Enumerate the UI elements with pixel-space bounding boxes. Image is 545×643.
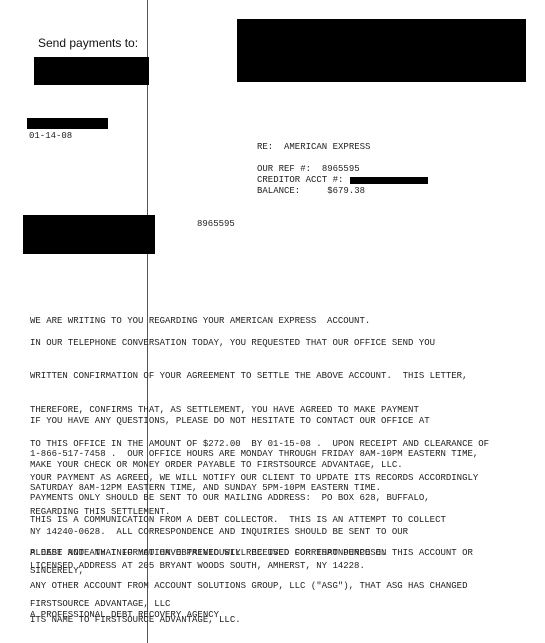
closing: SINCERELY, xyxy=(30,566,84,577)
signature-company: FIRSTSOURCE ADVANTAGE, LLC xyxy=(30,599,170,610)
our-ref-value: 8965595 xyxy=(322,164,360,174)
redacted-header-line xyxy=(27,118,108,129)
letter-date: 01-14-08 xyxy=(29,131,72,142)
re-line: RE: AMERICAN EXPRESS xyxy=(257,142,370,153)
creditor-acct-label: CREDITOR ACCT #: xyxy=(257,175,343,185)
balance-row: BALANCE: $679.38 xyxy=(257,186,365,197)
our-ref-row: OUR REF #: 8965595 xyxy=(257,164,360,175)
our-ref-label: OUR REF #: xyxy=(257,164,311,174)
redacted-payment-address xyxy=(34,57,149,85)
creditor-acct-row: CREDITOR ACCT #: xyxy=(257,175,343,186)
balance-value: $679.38 xyxy=(327,186,365,196)
letter-page: Send payments to: 01-14-08 RE: AMERICAN … xyxy=(0,0,545,643)
send-payments-label: Send payments to: xyxy=(38,36,138,50)
paragraph-name-change: PLEASE NOTE THAT IF YOU HAVE PREVIOUSLY … xyxy=(30,525,473,643)
redacted-sender-logo-address xyxy=(237,19,526,82)
redacted-creditor-account xyxy=(350,177,428,184)
signature-tagline: A PROFESSIONAL DEBT RECOVERY AGENCY xyxy=(30,610,219,621)
address-ref-number: 8965595 xyxy=(197,219,235,230)
redacted-recipient-address xyxy=(23,215,155,254)
balance-label: BALANCE: xyxy=(257,186,300,196)
